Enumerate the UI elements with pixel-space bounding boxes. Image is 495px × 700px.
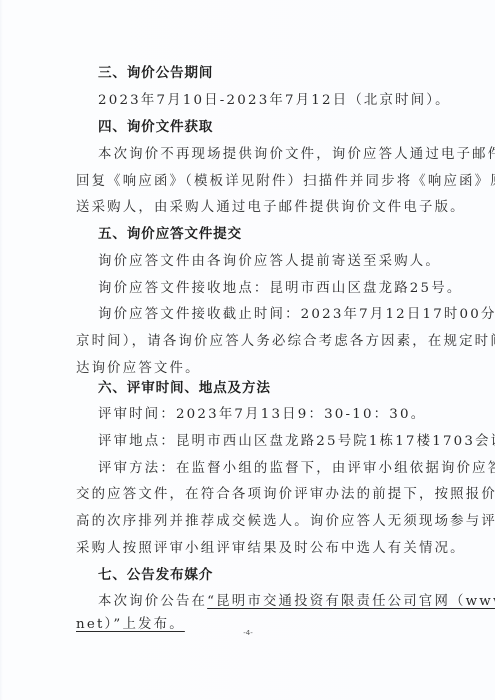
paragraph-line: 交的应答文件，在符合各项询价评审办法的前提下，按照报价由低至 [76, 481, 426, 508]
paragraph-line: 询价应答文件接收地点：昆明市西山区盘龙路25号。 [98, 275, 448, 302]
publication-site-link-cont: net）”上发布。 [76, 617, 185, 632]
section-heading-response-submission: 五、询价应答文件提交 [98, 221, 448, 248]
section-heading-review-time-place-method: 六、评审时间、地点及方法 [98, 375, 448, 402]
paragraph-line: 回复《响应函》（模板详见附件）扫描件并同步将《响应函》原件寄 [76, 168, 426, 195]
page-number: -4- [238, 629, 258, 637]
section-heading-announcement-period: 三、询价公告期间 [98, 60, 448, 87]
paragraph-line: 评审方法：在监督小组的监督下，由评审小组依据询价应答人提 [98, 455, 448, 482]
paragraph-line: 本次询价不再现场提供询价文件，询价应答人通过电子邮件书面 [98, 141, 448, 168]
paragraph-line: 评审时间：2023年7月13日9：30-10：30。 [98, 401, 448, 428]
paragraph-line: 采购人按照评审小组评审结果及时公布中选人有关情况。 [76, 535, 426, 562]
paragraph-line: 询价应答文件接收截止时间：2023年7月12日17时00分（北 [98, 301, 448, 328]
paragraph-line: 高的次序排列并推荐成交候选人。询价应答人无须现场参与评审，由 [76, 508, 426, 535]
paragraph-line: 2023年7月10日-2023年7月12日（北京时间）。 [98, 87, 448, 114]
section-heading-publication-media: 七、公告发布媒介 [98, 562, 448, 589]
section-heading-document-acquisition: 四、询价文件获取 [98, 114, 448, 141]
document-page: 三、询价公告期间 2023年7月10日-2023年7月12日（北京时间）。 四、… [0, 0, 495, 700]
paragraph-line: 评审地点：昆明市西山区盘龙路25号院1栋17楼1703会议室。 [98, 428, 448, 455]
publication-prefix: 本次询价公告在 [98, 594, 207, 609]
paragraph-line: 送采购人，由采购人通过电子邮件提供询价文件电子版。 [76, 194, 426, 221]
publication-site-link: “昆明市交通投资有限责任公司官网（www.kmjt. [207, 594, 495, 609]
paragraph-line: 京时间），请各询价应答人务必综合考虑各方因素，在规定时间内送 [76, 328, 426, 355]
paragraph-line: 询价应答文件由各询价应答人提前寄送至采购人。 [98, 248, 448, 275]
